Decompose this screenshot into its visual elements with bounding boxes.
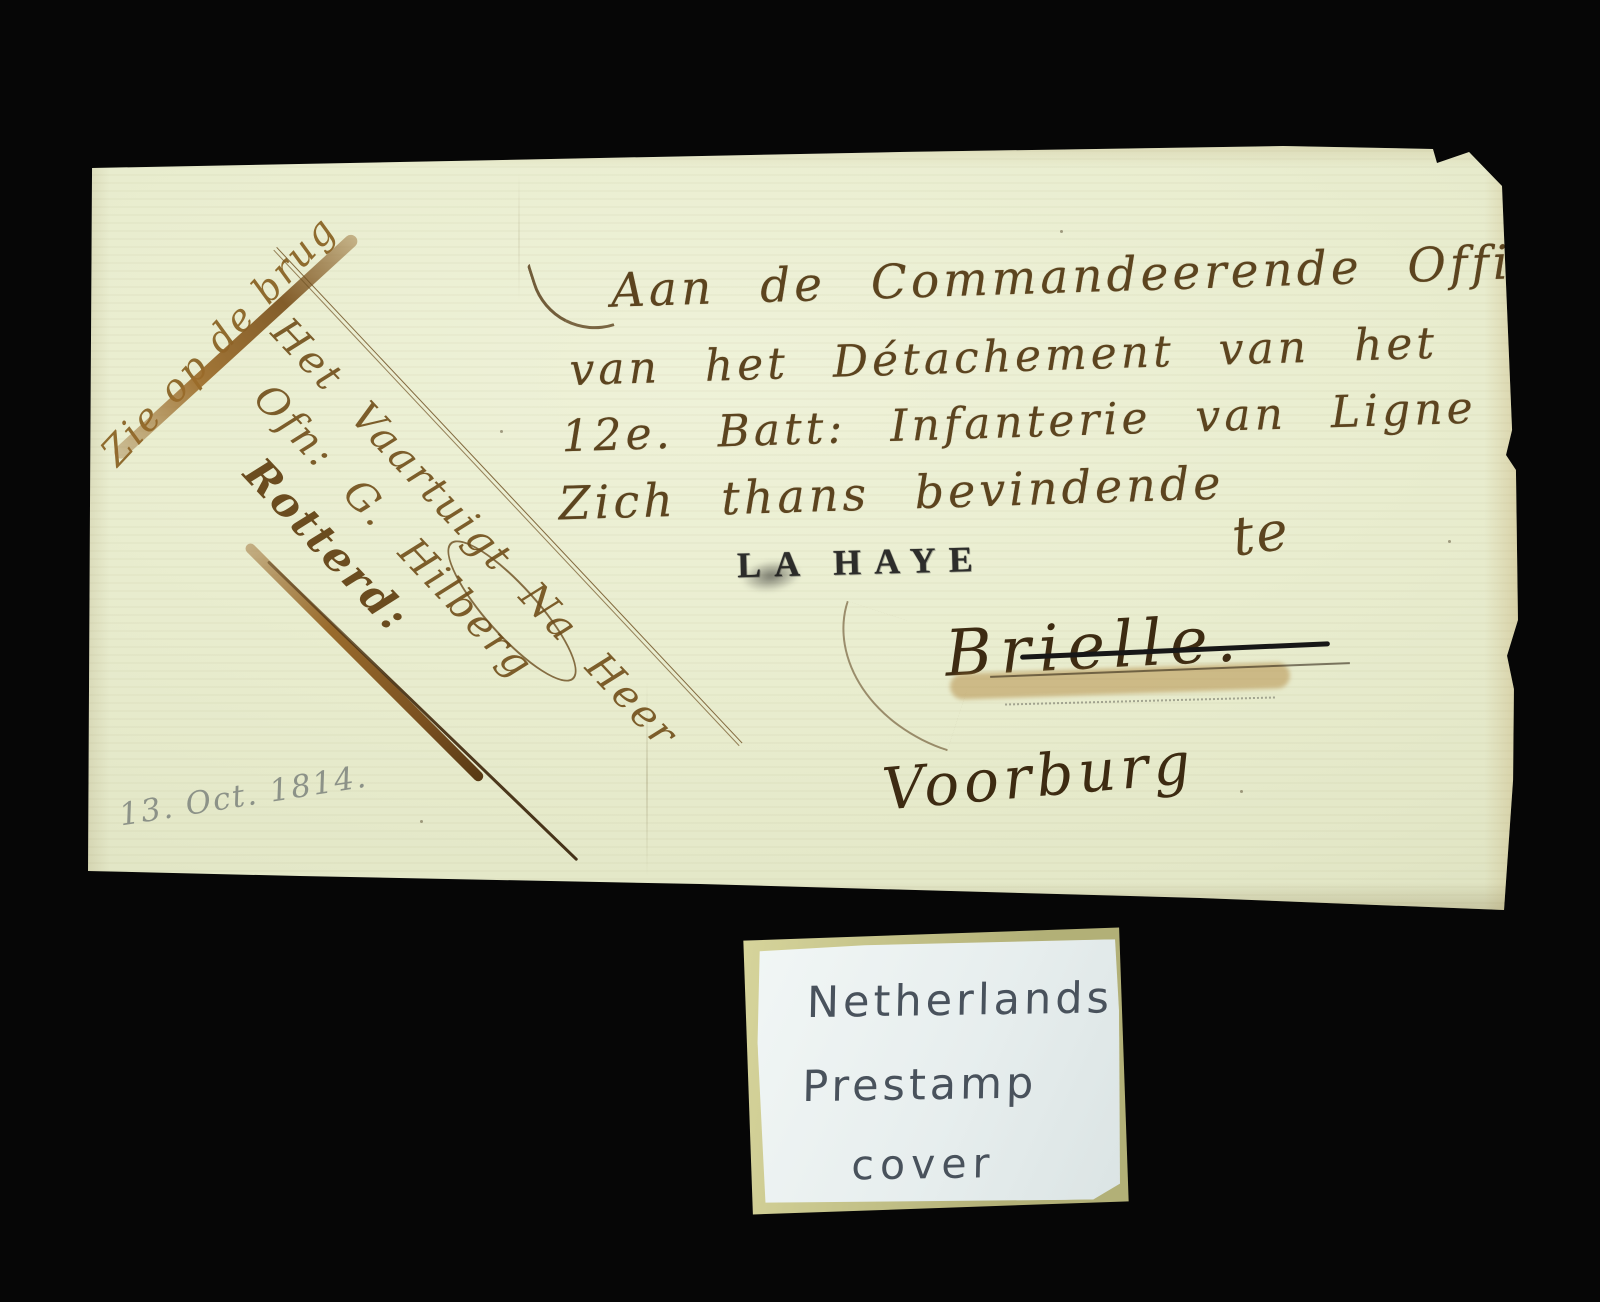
ink-flourish-swash	[527, 245, 615, 346]
pencil-dotted-line	[1005, 696, 1275, 705]
pencil-date: 13. Oct. 1814.	[117, 759, 370, 834]
photo-background: Zie op de brug Het Vaartuigt Na Heer Ofn…	[0, 0, 1600, 1302]
collector-label: Netherlands Prestamp cover	[756, 939, 1122, 1205]
label-line-3: cover	[851, 1139, 996, 1189]
paper-crease	[518, 172, 520, 302]
address-line-1-text: Aan de Commandeerende Officier	[610, 232, 1600, 319]
paper-speck	[1240, 790, 1243, 793]
label-line-1: Netherlands	[806, 973, 1113, 1028]
label-line-2: Prestamp	[802, 1058, 1038, 1112]
paper-speck	[500, 430, 503, 433]
paper-speck	[420, 820, 423, 823]
paper-speck	[1448, 540, 1451, 543]
address-block: Aan de Commandeerende Officier van het D…	[537, 220, 1600, 537]
postal-cover: Zie op de brug Het Vaartuigt Na Heer Ofn…	[86, 142, 1524, 918]
paper-speck	[1060, 230, 1063, 233]
address-word-te: te	[1228, 498, 1294, 568]
